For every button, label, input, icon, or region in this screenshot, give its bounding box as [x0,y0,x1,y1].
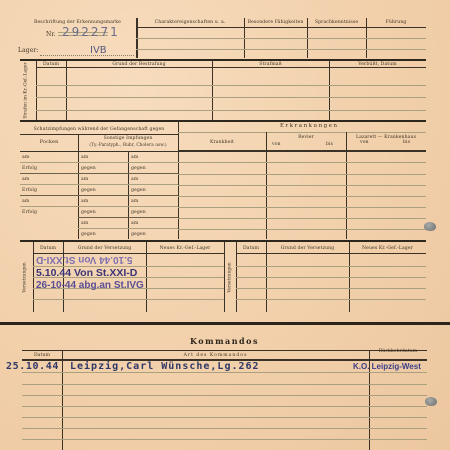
row-line [22,372,427,373]
sonstige-cell: gegen [81,210,96,215]
col-charakter: Charaktereigenschaften u. a. [136,20,244,25]
stamp-transfer-from: 5.10.44 Von St.XXI-D [36,267,137,279]
sonstige-cell: am [81,177,88,182]
col-datum-right: Datum [236,246,266,251]
sonstige-cell: gegen [131,188,146,193]
sonstige-cell: gegen [131,210,146,215]
section-border [0,322,450,325]
col-sprachkenntnisse: Sprachkenntnisse [307,20,366,25]
row-line [236,288,426,289]
number-label: Nr. [46,32,56,37]
row-line [22,406,427,407]
sonstige-cell: am [81,155,88,160]
kommando-datum: 25.10.44 [6,361,59,372]
col-divider [178,121,179,239]
row-line [22,417,427,418]
col-fuehrung: Führung [366,20,426,25]
row-line [178,162,426,163]
pocken-erfolg-2: Erfolg [22,188,37,193]
row-line [20,195,178,196]
col-rueckkehr: Rückkehrdatum [369,349,427,354]
row-line [178,207,426,208]
row-line [78,217,178,218]
col-divider [62,350,63,450]
pocken-am-1: am [22,155,29,160]
col-lazarett-bis: bis [403,140,410,145]
col-datum: Datum [22,353,62,358]
sonstige-cell: am [131,177,138,182]
row-line [22,395,427,396]
col-krankheit: Krankheit [178,140,266,145]
sonstige-cell: gegen [131,232,146,237]
transfers-side-label: Versetzungen [23,253,28,303]
camp-value: IVB [90,45,107,56]
header-line [22,350,427,351]
row-line [178,229,426,230]
col-verbuesst: Verbüßt, Datum [329,62,426,67]
sonstige-cell: am [131,199,138,204]
col-neues-lager: Neues Kr.-Gef.-Lager [146,246,224,251]
row-line [36,110,426,111]
header-row-line [136,27,426,28]
col-grund-versetzung: Grund der Versetzung [63,246,146,251]
pocken-erfolg-1: Erfolg [22,166,37,171]
camp-dotted-line [40,55,134,56]
header-row-line [136,38,426,39]
col-sonstige-sub: (Ty.-Paratyph., Ruhr, Cholera usw.) [78,142,178,147]
sonstige-cell: gegen [81,188,96,193]
col-revier-bis: bis [326,142,333,147]
col-strafmass: Strafmaß [212,62,329,67]
header-line [36,67,426,68]
kommandos-title: Kommandos [190,336,259,346]
header-line [178,132,426,133]
row-line [178,174,426,175]
camp-label: Lager: [18,48,38,53]
row-line [22,428,427,429]
sonstige-cell: am [131,155,138,160]
col-grund-versetzung-right: Grund der Versetzung [266,246,349,251]
col-lazarett: Lazarett — Krankenhaus [346,135,426,140]
row-line [178,218,426,219]
col-neues-lager-right: Neues Kr.-Gef.-Lager [349,246,426,251]
pocken-am-3: am [22,199,29,204]
col-divider [66,60,67,120]
row-line [236,266,426,267]
sonstige-cell: am [81,199,88,204]
illnesses-title: Erkrankungen [280,123,339,129]
sonstige-cell: gegen [131,166,146,171]
stamp-transfer-to: 26-10-44 abg.an St.IVG [36,280,144,291]
row-line [178,196,426,197]
stamp-transfer-mirrored: 5.10.44 Von St.XXI-D [36,254,133,265]
punch-hole [424,222,436,231]
col-pocken: Pocken [20,140,78,145]
vaccinations-title: Schutzimpfungen während der Gefangenscha… [20,127,178,132]
col-divider [224,242,225,312]
row-line [20,206,178,207]
kommando-art: Leipzig,Carl Wünsche,Lg.262 [70,361,260,372]
col-datum: Datum [33,246,63,251]
row-line [78,228,178,229]
header-line [20,151,178,152]
row-line [33,299,224,300]
col-divider [36,60,37,120]
row-line [36,85,426,86]
row-line [236,277,426,278]
header-line [236,253,426,254]
col-revier-von: von [272,142,281,147]
row-line [178,185,426,186]
col-divider [212,60,213,120]
section-border [20,120,426,122]
col-divider [329,60,330,120]
pocken-am-2: am [22,177,29,182]
transfers-right-side-label: Versetzungen [228,253,233,303]
header-line [178,150,426,152]
punishments-side-label: Strafen im Kr.-Gef.-Lager [24,61,29,121]
section-border [20,240,426,242]
col-sonstige: Sonstige Impfungen [78,136,178,141]
row-line [22,439,427,440]
row-line [36,97,426,98]
header-line [20,134,178,135]
sonstige-cell: am [131,221,138,226]
section-border [20,59,426,61]
sonstige-cell: am [81,221,88,226]
sonstige-cell: gegen [81,166,96,171]
pow-number: 292271 [62,25,120,39]
col-lazarett-von: von [360,140,369,145]
col-datum: Datum [36,62,66,67]
row-line [236,299,426,300]
col-grund: Grund der Bestrafung [66,62,212,67]
kommando-rueckkehr: K.O. Leipzig-West [353,362,421,371]
row-line [20,162,178,163]
col-art: Art des Kommandos [62,353,369,358]
col-divider [78,134,79,239]
punch-hole [425,397,437,406]
header-row-line [136,49,426,50]
col-revier: Revier [266,135,346,140]
pocken-erfolg-3: Erfolg [22,210,37,215]
row-line [20,173,178,174]
row-line [20,184,178,185]
sonstige-cell: gegen [81,232,96,237]
row-line [22,384,427,385]
col-faehigkeiten: Besondere Fähigkeiten [244,20,307,25]
